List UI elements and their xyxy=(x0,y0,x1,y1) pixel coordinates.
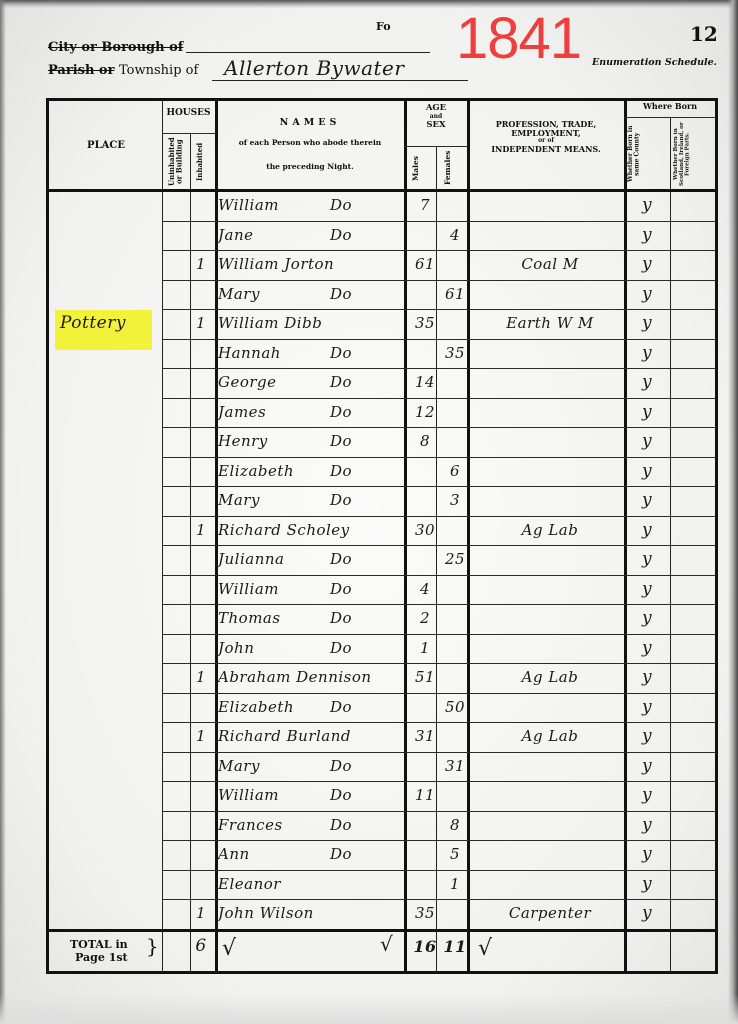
occupation-cell: Ag Lab xyxy=(480,516,620,545)
male-age-cell: 8 xyxy=(410,427,440,456)
table-row: 1John Wilson35Carpentery xyxy=(0,899,738,929)
folio-mark: Fo xyxy=(376,20,391,33)
ditto-mark: Do xyxy=(330,398,352,427)
parish-label: Parish or xyxy=(48,63,114,78)
female-age-cell: 61 xyxy=(440,280,470,309)
ditto-mark: Do xyxy=(330,368,352,397)
sex-header-word: SEX xyxy=(405,121,467,131)
born-county-cell: y xyxy=(632,309,662,338)
name-cell: Elizabeth xyxy=(218,693,398,722)
page-edge-top xyxy=(0,0,738,8)
house-cell: 1 xyxy=(192,309,210,338)
male-age-cell: 2 xyxy=(410,604,440,633)
table-row: George14yDo xyxy=(0,368,738,398)
table-row: Mary3yDo xyxy=(0,486,738,516)
occupation-cell: Carpenter xyxy=(480,899,620,928)
name-cell: Mary xyxy=(218,486,398,515)
male-age-cell: 51 xyxy=(410,663,440,692)
born-county-cell: y xyxy=(632,604,662,633)
township-value-line xyxy=(212,80,468,81)
total-names-check-2: √ xyxy=(380,930,393,959)
born-subline xyxy=(624,117,716,118)
name-cell: William xyxy=(218,781,398,810)
house-cell: 1 xyxy=(192,250,210,279)
born-county-cell: y xyxy=(632,545,662,574)
born-county-cell: y xyxy=(632,250,662,279)
houses-subline xyxy=(162,133,215,134)
township-value: Allerton Bywater xyxy=(224,56,404,80)
born-county-cell: y xyxy=(632,221,662,250)
house-cell: 1 xyxy=(192,899,210,928)
table-row: Hannah35yDo xyxy=(0,339,738,369)
name-cell: John Wilson xyxy=(218,899,398,928)
table-row: Elizabeth50yDo xyxy=(0,693,738,723)
house-cell: 1 xyxy=(192,516,210,545)
born-county-cell: y xyxy=(632,280,662,309)
females-header: Females xyxy=(444,150,462,186)
occupation-cell: Ag Lab xyxy=(480,663,620,692)
table-row: James12yDo xyxy=(0,398,738,428)
name-cell: William Jorton xyxy=(218,250,398,279)
ditto-mark: Do xyxy=(330,339,352,368)
inhabited-header: Inhabited xyxy=(196,137,210,187)
ditto-mark: Do xyxy=(330,604,352,633)
born-elsewhere-header: Whether Born in Scotland, Ireland, or Fo… xyxy=(674,121,714,187)
names-subheader-1: of each Person who abode therein xyxy=(216,139,404,148)
ditto-mark: Do xyxy=(330,280,352,309)
name-cell: Mary xyxy=(218,752,398,781)
female-age-cell: 31 xyxy=(440,752,470,781)
born-county-cell: y xyxy=(632,427,662,456)
table-row: 1Richard Burland31Ag Laby xyxy=(0,722,738,752)
male-age-cell: 35 xyxy=(410,309,440,338)
males-header: Males xyxy=(412,150,430,186)
born-county-cell: y xyxy=(632,516,662,545)
male-age-cell: 1 xyxy=(410,634,440,663)
born-county-cell: y xyxy=(632,899,662,928)
table-row: 1William Dibb35Earth W My xyxy=(0,309,738,339)
female-age-cell: 50 xyxy=(440,693,470,722)
female-age-cell: 25 xyxy=(440,545,470,574)
male-age-cell: 61 xyxy=(410,250,440,279)
ditto-mark: Do xyxy=(330,191,352,220)
table-row: Mary61yDo xyxy=(0,280,738,310)
total-males: 16 xyxy=(410,932,440,961)
female-age-cell: 6 xyxy=(440,457,470,486)
houses-header: HOUSES xyxy=(162,108,215,118)
ditto-mark: Do xyxy=(330,221,352,250)
born-county-cell: y xyxy=(632,663,662,692)
born-county-cell: y xyxy=(632,870,662,899)
female-age-cell: 1 xyxy=(440,870,470,899)
table-row: William4yDo xyxy=(0,575,738,605)
ditto-mark: Do xyxy=(330,457,352,486)
name-cell: Eleanor xyxy=(218,870,398,899)
total-label-line-2: Page 1st xyxy=(70,951,128,964)
born-county-cell: y xyxy=(632,486,662,515)
born-county-cell: y xyxy=(632,722,662,751)
census-page: Fo 1841 12 Enumeration Schedule. City or… xyxy=(0,0,738,1024)
male-age-cell: 14 xyxy=(410,368,440,397)
ditto-mark: Do xyxy=(330,545,352,574)
city-value-line xyxy=(186,52,430,53)
name-cell: Hannah xyxy=(218,339,398,368)
total-names-check: √ xyxy=(222,934,237,963)
name-cell: Richard Burland xyxy=(218,722,398,751)
table-row: Henry8yDo xyxy=(0,427,738,457)
born-same-county-header: Whether Born in same County xyxy=(628,121,666,187)
township-line: Parish or Township of xyxy=(48,63,198,78)
name-cell: Julianna xyxy=(218,545,398,574)
name-cell: William Dibb xyxy=(218,309,398,338)
age-sex-header: AGE and SEX xyxy=(405,104,467,130)
ditto-mark: Do xyxy=(330,693,352,722)
table-row: Julianna25yDo xyxy=(0,545,738,575)
name-cell: George xyxy=(218,368,398,397)
table-row: 1William Jorton61Coal My xyxy=(0,250,738,280)
profession-header-line: INDEPENDENT MEANS. xyxy=(468,145,624,154)
house-cell: 1 xyxy=(192,722,210,751)
born-county-cell: y xyxy=(632,339,662,368)
city-borough-line: City or Borough of xyxy=(48,40,183,55)
born-county-cell: y xyxy=(632,840,662,869)
male-age-cell: 4 xyxy=(410,575,440,604)
ditto-mark: Do xyxy=(330,575,352,604)
total-label-line-1: TOTAL in xyxy=(70,938,128,951)
occupation-cell: Earth W M xyxy=(480,309,620,338)
profession-header: PROFESSION, TRADE, EMPLOYMENT, or of IND… xyxy=(468,120,624,154)
name-cell: Elizabeth xyxy=(218,457,398,486)
table-row: William7yDo xyxy=(0,191,738,221)
name-cell: Richard Scholey xyxy=(218,516,398,545)
born-county-cell: y xyxy=(632,575,662,604)
table-row: John1yDo xyxy=(0,634,738,664)
male-age-cell: 30 xyxy=(410,516,440,545)
born-county-cell: y xyxy=(632,634,662,663)
names-subheader-2: the preceding Night. xyxy=(216,163,404,172)
page-number: 12 xyxy=(690,22,718,46)
table-row: Thomas2yDo xyxy=(0,604,738,634)
name-cell: Mary xyxy=(218,280,398,309)
male-age-cell: 7 xyxy=(410,191,440,220)
occupation-cell: Coal M xyxy=(480,250,620,279)
brace-glyph: } xyxy=(146,934,159,958)
male-age-cell: 11 xyxy=(410,781,440,810)
table-row: Mary31yDo xyxy=(0,752,738,782)
place-header: PLACE xyxy=(50,140,162,152)
born-county-cell: y xyxy=(632,457,662,486)
name-cell: Abraham Dennison xyxy=(218,663,398,692)
table-row: 1Richard Scholey30Ag Laby xyxy=(0,516,738,546)
name-cell: William xyxy=(218,191,398,220)
born-county-cell: y xyxy=(632,191,662,220)
born-county-cell: y xyxy=(632,368,662,397)
table-row: Elizabeth6yDo xyxy=(0,457,738,487)
table-row: Ann5yDo xyxy=(0,840,738,870)
year-overlay: 1841 xyxy=(456,10,581,68)
name-cell: William xyxy=(218,575,398,604)
table-row: Eleanor1y xyxy=(0,870,738,900)
total-occupation-check: √ xyxy=(478,934,493,963)
male-age-cell: 12 xyxy=(410,398,440,427)
born-county-cell: y xyxy=(632,693,662,722)
table-row: Frances8yDo xyxy=(0,811,738,841)
table-row: 1Abraham Dennison51Ag Laby xyxy=(0,663,738,693)
born-county-cell: y xyxy=(632,398,662,427)
total-label: TOTAL in Page 1st xyxy=(70,938,128,964)
name-cell: Henry xyxy=(218,427,398,456)
ditto-mark: Do xyxy=(330,781,352,810)
schedule-label: Enumeration Schedule. xyxy=(592,57,717,68)
uninhabited-header: Uninhabited or Building xyxy=(168,137,186,187)
male-age-cell: 35 xyxy=(410,899,440,928)
born-county-cell: y xyxy=(632,811,662,840)
age-subline xyxy=(404,146,467,147)
name-cell: Frances xyxy=(218,811,398,840)
ditto-mark: Do xyxy=(330,634,352,663)
ditto-mark: Do xyxy=(330,840,352,869)
ditto-mark: Do xyxy=(330,427,352,456)
ditto-mark: Do xyxy=(330,486,352,515)
township-label: Township of xyxy=(119,63,198,78)
female-age-cell: 8 xyxy=(440,811,470,840)
born-county-cell: y xyxy=(632,752,662,781)
name-cell: Ann xyxy=(218,840,398,869)
names-header: NAMES xyxy=(216,118,404,129)
name-cell: James xyxy=(218,398,398,427)
male-age-cell: 31 xyxy=(410,722,440,751)
name-cell: Thomas xyxy=(218,604,398,633)
born-county-cell: y xyxy=(632,781,662,810)
total-houses-inhabited: 6 xyxy=(192,932,210,961)
city-label: City or Borough of xyxy=(48,40,183,55)
female-age-cell: 5 xyxy=(440,840,470,869)
table-row: William11yDo xyxy=(0,781,738,811)
house-cell: 1 xyxy=(192,663,210,692)
where-born-header: Where Born xyxy=(624,102,716,111)
total-females: 11 xyxy=(440,932,470,961)
table-row: Jane4yDo xyxy=(0,221,738,251)
name-cell: Jane xyxy=(218,221,398,250)
page-edge-bottom xyxy=(0,994,738,1024)
name-cell: John xyxy=(218,634,398,663)
female-age-cell: 4 xyxy=(440,221,470,250)
female-age-cell: 3 xyxy=(440,486,470,515)
female-age-cell: 35 xyxy=(440,339,470,368)
occupation-cell: Ag Lab xyxy=(480,722,620,751)
ditto-mark: Do xyxy=(330,752,352,781)
ditto-mark: Do xyxy=(330,811,352,840)
